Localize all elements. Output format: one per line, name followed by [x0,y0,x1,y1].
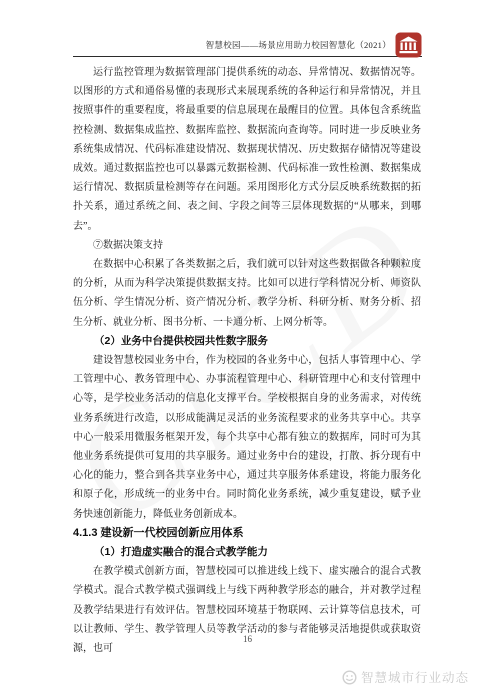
paragraph: 在数据中心积累了各类数据之后，我们就可以针对这些数据做各种颗粒度的分析，从而为科… [73,255,421,332]
page-header: 智慧校园——场景应用助力校园智慧化（2021） [73,30,422,57]
footer-brand-label: 智慧城市行业动态 [361,668,469,686]
sub-heading: （2）业务中台提供校园共性数字服务 [73,332,421,351]
running-head-title: 智慧校园——场景应用助力校园智慧化（2021） [206,39,391,56]
classical-building-icon [395,32,422,58]
document-page: 智慧校园——场景应用助力校园智慧化（2021） CICD 运行监控管理为数据管理… [0,0,495,700]
footer-brand: 智慧城市行业动态 [342,668,469,686]
paragraph: 建设智慧校园业务中台，作为校园的各业务中心，包括人事管理中心、学工管理中心、教务… [73,351,421,524]
page-number: 16 [0,634,495,644]
body-text-column: 运行监控管理为数据管理部门提供系统的动态、异常情况、数据情况等。以图形的方式和通… [73,63,421,658]
paragraph: ⑦数据决策支持 [73,236,421,255]
section-heading: 4.1.3 建设新一代校园创新应用体系 [73,524,421,543]
paragraph: 运行监控管理为数据管理部门提供系统的动态、异常情况、数据情况等。以图形的方式和通… [73,63,421,236]
smiley-globe-icon [342,670,357,685]
sub-heading: （1）打造虚实融合的混合式教学能力 [73,543,421,562]
